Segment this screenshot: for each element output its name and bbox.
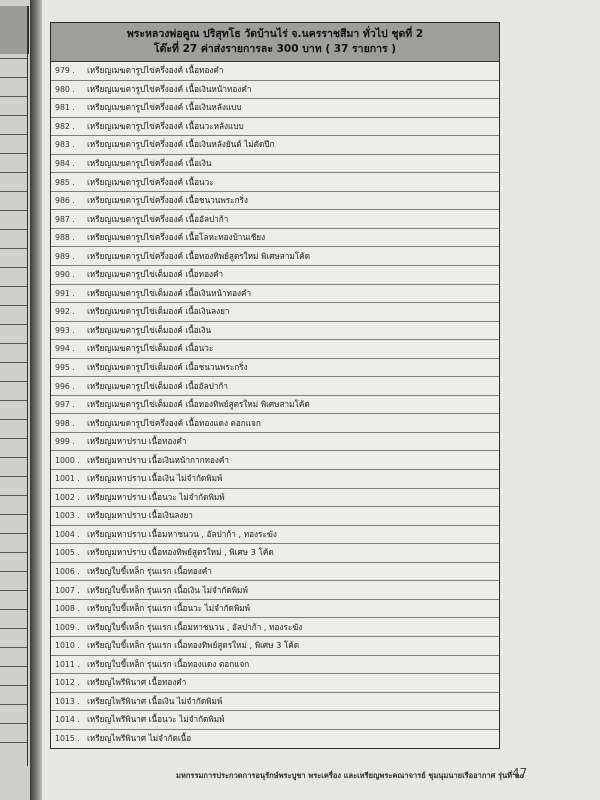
facing-page-rule bbox=[0, 647, 27, 648]
item-number: 1013 . bbox=[51, 697, 87, 706]
table-row: 997 .เหรียญเมฆตารูปไข่เต็มองค์ เนื้อทองท… bbox=[51, 396, 499, 415]
item-description: เหรียญใบขี้เหล็ก รุ่นแรก เนื้อทองทิพย์สู… bbox=[87, 639, 499, 652]
item-number: 980 . bbox=[51, 85, 87, 94]
item-number: 998 . bbox=[51, 419, 87, 428]
item-number: 1011 . bbox=[51, 660, 87, 669]
facing-page-rule bbox=[0, 58, 27, 59]
item-description: เหรียญเมฆตารูปไข่เต็มองค์ เนื้อเงินลงยา bbox=[87, 305, 499, 318]
table-row: 983 .เหรียญเมฆตารูปไข่ครึ่งองค์ เนื้อเงิ… bbox=[51, 136, 499, 155]
item-number: 989 . bbox=[51, 252, 87, 261]
facing-page-rule bbox=[0, 552, 27, 553]
item-number: 982 . bbox=[51, 122, 87, 131]
table-row: 1006 .เหรียญใบขี้เหล็ก รุ่นแรก เนื้อทองค… bbox=[51, 563, 499, 582]
item-description: เหรียญใบขี้เหล็ก รุ่นแรก เนื้อทองคำ bbox=[87, 565, 499, 578]
facing-page-rule bbox=[0, 666, 27, 667]
item-number: 999 . bbox=[51, 437, 87, 446]
item-description: เหรียญเมฆตารูปไข่ครึ่งองค์ เนื้อนวะ bbox=[87, 176, 499, 189]
table-row: 988 .เหรียญเมฆตารูปไข่ครึ่งองค์ เนื้อโลห… bbox=[51, 229, 499, 248]
item-description: เหรียญมหาปราบ เนื้อนวะ ไม่จำกัดพิมพ์ bbox=[87, 491, 499, 504]
item-number: 1004 . bbox=[51, 530, 87, 539]
item-description: เหรียญเมฆตารูปไข่เต็มองค์ เนื้อนวะ bbox=[87, 342, 499, 355]
table-row: 980 .เหรียญเมฆตารูปไข่ครึ่งองค์ เนื้อเงิ… bbox=[51, 81, 499, 100]
facing-page-rule bbox=[0, 115, 27, 116]
item-number: 1001 . bbox=[51, 474, 87, 483]
item-description: เหรียญมหาปราบ เนื้อทองคำ bbox=[87, 435, 499, 448]
page-number: 47 bbox=[512, 766, 527, 780]
item-description: เหรียญเมฆตารูปไข่ครึ่งองค์ เนื้อชนวนพระก… bbox=[87, 194, 499, 207]
table-row: 993 .เหรียญเมฆตารูปไข่เต็มองค์ เนื้อเงิน bbox=[51, 322, 499, 341]
item-number: 1015 . bbox=[51, 734, 87, 743]
table-row: 1000 .เหรียญมหาปราบ เนื้อเงินหน้ากากทองค… bbox=[51, 451, 499, 470]
item-description: เหรียญเมฆตารูปไข่ครึ่งองค์ เนื้ออัลปาก้า bbox=[87, 213, 499, 226]
facing-page-rule bbox=[0, 77, 27, 78]
table-row: 982 .เหรียญเมฆตารูปไข่ครึ่งองค์ เนื้อนวะ… bbox=[51, 118, 499, 137]
item-number: 992 . bbox=[51, 307, 87, 316]
table-row: 1008 .เหรียญใบขี้เหล็ก รุ่นแรก เนื้อนวะ … bbox=[51, 600, 499, 619]
item-number: 1000 . bbox=[51, 456, 87, 465]
facing-page-border bbox=[27, 6, 28, 766]
item-number: 994 . bbox=[51, 344, 87, 353]
table-row: 1012 .เหรียญไพรีพินาศ เนื้อทองคำ bbox=[51, 674, 499, 693]
table-row: 990 .เหรียญเมฆตารูปไข่เต็มองค์ เนื้อทองค… bbox=[51, 266, 499, 285]
item-description: เหรียญมหาปราบ เนื้อเงินลงยา bbox=[87, 509, 499, 522]
item-description: เหรียญไพรีพินาศ ไม่จำกัดเนื้อ bbox=[87, 732, 499, 745]
item-number: 997 . bbox=[51, 400, 87, 409]
item-description: เหรียญไพรีพินาศ เนื้อทองคำ bbox=[87, 676, 499, 689]
item-number: 979 . bbox=[51, 66, 87, 75]
table-row: 1002 .เหรียญมหาปราบ เนื้อนวะ ไม่จำกัดพิม… bbox=[51, 489, 499, 508]
item-number: 986 . bbox=[51, 196, 87, 205]
table-row: 1005 .เหรียญมหาปราบ เนื้อทองทิพย์สูตรใหม… bbox=[51, 544, 499, 563]
item-number: 996 . bbox=[51, 382, 87, 391]
item-description: เหรียญเมฆตารูปไข่ครึ่งองค์ เนื้อเงิน bbox=[87, 157, 499, 170]
table-row: 991 .เหรียญเมฆตารูปไข่เต็มองค์ เนื้อเงิน… bbox=[51, 285, 499, 304]
table-row: 1015 .เหรียญไพรีพินาศ ไม่จำกัดเนื้อ bbox=[51, 730, 499, 749]
table-row: 1003 .เหรียญมหาปราบ เนื้อเงินลงยา bbox=[51, 507, 499, 526]
item-description: เหรียญเมฆตารูปไข่ครึ่งองค์ เนื้อโลหะทองบ… bbox=[87, 231, 499, 244]
item-number: 985 . bbox=[51, 178, 87, 187]
facing-page-rule bbox=[0, 571, 27, 572]
item-description: เหรียญเมฆตารูปไข่ครึ่งองค์ เนื้อเงินหลัง… bbox=[87, 101, 499, 114]
table-row: 1004 .เหรียญมหาปราบ เนื้อมหาชนวน , อัลปา… bbox=[51, 526, 499, 545]
table-row: 986 .เหรียญเมฆตารูปไข่ครึ่งองค์ เนื้อชนว… bbox=[51, 192, 499, 211]
table-row: 1007 .เหรียญใบขี้เหล็ก รุ่นแรก เนื้อเงิน… bbox=[51, 581, 499, 600]
item-description: เหรียญมหาปราบ เนื้อเงินหน้ากากทองคำ bbox=[87, 454, 499, 467]
table-row: 981 .เหรียญเมฆตารูปไข่ครึ่งองค์ เนื้อเงิ… bbox=[51, 99, 499, 118]
item-number: 981 . bbox=[51, 103, 87, 112]
table-row: 999 .เหรียญมหาปราบ เนื้อทองคำ bbox=[51, 433, 499, 452]
facing-page-rule bbox=[0, 514, 27, 515]
item-description: เหรียญไพรีพินาศ เนื้อนวะ ไม่จำกัดพิมพ์ bbox=[87, 713, 499, 726]
item-description: เหรียญใบขี้เหล็ก รุ่นแรก เนื้อมหาชนวน , … bbox=[87, 621, 499, 634]
facing-page-rule bbox=[0, 704, 27, 705]
item-number: 993 . bbox=[51, 326, 87, 335]
item-number: 1006 . bbox=[51, 567, 87, 576]
table-row: 1001 .เหรียญมหาปราบ เนื้อเงิน ไม่จำกัดพิ… bbox=[51, 470, 499, 489]
item-number: 1003 . bbox=[51, 511, 87, 520]
table-body: 979 .เหรียญเมฆตารูปไข่ครึ่งองค์ เนื้อทอง… bbox=[51, 62, 499, 748]
item-description: เหรียญเมฆตารูปไข่เต็มองค์ เนื้อทองทิพย์ส… bbox=[87, 398, 499, 411]
item-number: 990 . bbox=[51, 270, 87, 279]
table-row: 987 .เหรียญเมฆตารูปไข่ครึ่งองค์ เนื้ออัล… bbox=[51, 210, 499, 229]
facing-page-rule bbox=[0, 172, 27, 173]
facing-page-rule bbox=[0, 96, 27, 97]
facing-page-rule bbox=[0, 343, 27, 344]
facing-page-rule bbox=[0, 590, 27, 591]
facing-page-rule bbox=[0, 305, 27, 306]
table-row: 992 .เหรียญเมฆตารูปไข่เต็มองค์ เนื้อเงิน… bbox=[51, 303, 499, 322]
item-description: เหรียญใบขี้เหล็ก รุ่นแรก เนื้อทองแดง ตอก… bbox=[87, 658, 499, 671]
item-number: 995 . bbox=[51, 363, 87, 372]
item-description: เหรียญใบขี้เหล็ก รุ่นแรก เนื้อนวะ ไม่จำก… bbox=[87, 602, 499, 615]
facing-page-rule bbox=[0, 533, 27, 534]
table-row: 985 .เหรียญเมฆตารูปไข่ครึ่งองค์ เนื้อนวะ bbox=[51, 173, 499, 192]
facing-page-rule bbox=[0, 134, 27, 135]
item-description: เหรียญใบขี้เหล็ก รุ่นแรก เนื้อเงิน ไม่จำ… bbox=[87, 584, 499, 597]
table-row: 996 .เหรียญเมฆตารูปไข่เต็มองค์ เนื้ออัลป… bbox=[51, 377, 499, 396]
item-number: 987 . bbox=[51, 215, 87, 224]
table-row: 994 .เหรียญเมฆตารูปไข่เต็มองค์ เนื้อนวะ bbox=[51, 340, 499, 359]
table-row: 1013 .เหรียญไพรีพินาศ เนื้อเงิน ไม่จำกัด… bbox=[51, 693, 499, 712]
facing-page-rule bbox=[0, 210, 27, 211]
item-number: 1007 . bbox=[51, 586, 87, 595]
table-row: 1009 .เหรียญใบขี้เหล็ก รุ่นแรก เนื้อมหาช… bbox=[51, 618, 499, 637]
item-description: เหรียญเมฆตารูปไข่ครึ่งองค์ เนื้อทองคำ bbox=[87, 64, 499, 77]
item-number: 1010 . bbox=[51, 641, 87, 650]
item-number: 1014 . bbox=[51, 715, 87, 724]
facing-page-rule bbox=[0, 438, 27, 439]
table-header: พระหลวงพ่อคูณ ปริสุทโธ วัดบ้านไร่ จ.นครร… bbox=[51, 23, 499, 62]
item-description: เหรียญเมฆตารูปไข่เต็มองค์ เนื้อเงิน bbox=[87, 324, 499, 337]
page: พระหลวงพ่อคูณ ปริสุทโธ วัดบ้านไร่ จ.นครร… bbox=[42, 0, 600, 800]
table-row: 984 .เหรียญเมฆตารูปไข่ครึ่งองค์ เนื้อเงิ… bbox=[51, 155, 499, 174]
table-row: 998 .เหรียญเมฆตารูปไข่ครึ่งองค์ เนื้อทอง… bbox=[51, 414, 499, 433]
facing-page-rule bbox=[0, 685, 27, 686]
item-table: พระหลวงพ่อคูณ ปริสุทโธ วัดบ้านไร่ จ.นครร… bbox=[50, 22, 500, 749]
page-footer: มหกรรมการประกวดการอนุรักษ์พระบูชา พระเคร… bbox=[176, 770, 524, 782]
item-description: เหรียญเมฆตารูปไข่เต็มองค์ เนื้อเงินหน้าท… bbox=[87, 287, 499, 300]
item-description: เหรียญไพรีพินาศ เนื้อเงิน ไม่จำกัดพิมพ์ bbox=[87, 695, 499, 708]
item-number: 1012 . bbox=[51, 678, 87, 687]
facing-page-rule bbox=[0, 400, 27, 401]
facing-page-rule bbox=[0, 324, 27, 325]
item-description: เหรียญเมฆตารูปไข่เต็มองค์ เนื้อชนวนพระกร… bbox=[87, 361, 499, 374]
facing-page-rule bbox=[0, 267, 27, 268]
item-number: 984 . bbox=[51, 159, 87, 168]
facing-page-rule bbox=[0, 723, 27, 724]
facing-page bbox=[0, 0, 30, 800]
facing-page-rule bbox=[0, 229, 27, 230]
item-description: เหรียญเมฆตารูปไข่ครึ่งองค์ เนื้อนวะหลังแ… bbox=[87, 120, 499, 133]
facing-page-rule bbox=[0, 742, 27, 743]
item-description: เหรียญมหาปราบ เนื้อเงิน ไม่จำกัดพิมพ์ bbox=[87, 472, 499, 485]
table-row: 989 .เหรียญเมฆตารูปไข่ครึ่งองค์ เนื้อทอง… bbox=[51, 247, 499, 266]
facing-page-rule bbox=[0, 191, 27, 192]
item-description: เหรียญเมฆตารูปไข่ครึ่งองค์ เนื้อเงินหลัง… bbox=[87, 138, 499, 151]
facing-page-rule bbox=[0, 381, 27, 382]
item-description: เหรียญเมฆตารูปไข่ครึ่งองค์ เนื้อทองทิพย์… bbox=[87, 250, 499, 263]
facing-page-rule bbox=[0, 495, 27, 496]
item-description: เหรียญเมฆตารูปไข่เต็มองค์ เนื้ออัลปาก้า bbox=[87, 380, 499, 393]
facing-page-rule bbox=[0, 419, 27, 420]
table-subtitle: โต๊ะที่ 27 ค่าส่งรายการละ 300 บาท ( 37 ร… bbox=[51, 42, 499, 57]
facing-page-header bbox=[0, 6, 29, 54]
facing-page-rule bbox=[0, 153, 27, 154]
item-description: เหรียญเมฆตารูปไข่ครึ่งองค์ เนื้อเงินหน้า… bbox=[87, 83, 499, 96]
table-row: 1014 .เหรียญไพรีพินาศ เนื้อนวะ ไม่จำกัดพ… bbox=[51, 711, 499, 730]
table-row: 1011 .เหรียญใบขี้เหล็ก รุ่นแรก เนื้อทองแ… bbox=[51, 656, 499, 675]
item-number: 1008 . bbox=[51, 604, 87, 613]
item-description: เหรียญมหาปราบ เนื้อมหาชนวน , อัลปาก้า , … bbox=[87, 528, 499, 541]
item-number: 1002 . bbox=[51, 493, 87, 502]
table-title: พระหลวงพ่อคูณ ปริสุทโธ วัดบ้านไร่ จ.นครร… bbox=[51, 23, 499, 42]
facing-page-rule bbox=[0, 286, 27, 287]
item-description: เหรียญเมฆตารูปไข่ครึ่งองค์ เนื้อทองแดง ต… bbox=[87, 417, 499, 430]
table-row: 995 .เหรียญเมฆตารูปไข่เต็มองค์ เนื้อชนวน… bbox=[51, 359, 499, 378]
item-description: เหรียญเมฆตารูปไข่เต็มองค์ เนื้อทองคำ bbox=[87, 268, 499, 281]
facing-page-rule bbox=[0, 362, 27, 363]
facing-page-rule bbox=[0, 628, 27, 629]
facing-page-rule bbox=[0, 457, 27, 458]
item-number: 983 . bbox=[51, 140, 87, 149]
item-number: 991 . bbox=[51, 289, 87, 298]
item-number: 988 . bbox=[51, 233, 87, 242]
facing-page-rule bbox=[0, 476, 27, 477]
item-number: 1005 . bbox=[51, 548, 87, 557]
item-description: เหรียญมหาปราบ เนื้อทองทิพย์สูตรใหม่ , พิ… bbox=[87, 546, 499, 559]
facing-page-rule bbox=[0, 609, 27, 610]
table-row: 1010 .เหรียญใบขี้เหล็ก รุ่นแรก เนื้อทองท… bbox=[51, 637, 499, 656]
book-gutter bbox=[30, 0, 42, 800]
table-row: 979 .เหรียญเมฆตารูปไข่ครึ่งองค์ เนื้อทอง… bbox=[51, 62, 499, 81]
item-number: 1009 . bbox=[51, 623, 87, 632]
facing-page-rule bbox=[0, 248, 27, 249]
